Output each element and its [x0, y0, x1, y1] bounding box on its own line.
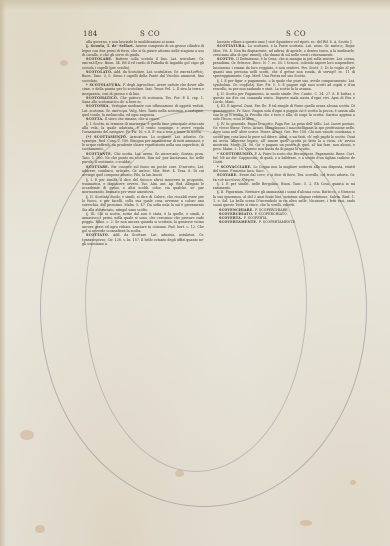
dictionary-entry: SCOTTO. Il Definizione, è la Cena, che s… [213, 57, 355, 78]
foxing-spot [20, 430, 34, 440]
foxing-spot [175, 470, 184, 477]
dictionary-entry: §. Scuola, T. de' Sellari. Arnese compos… [82, 44, 204, 57]
foxing-spot [35, 525, 45, 533]
entry-definition: §. I. E per similit. nelle Bergolino. Bu… [213, 182, 355, 190]
dictionary-entry: §. I. E per figur. e pagamento, o la qua… [213, 79, 355, 92]
left-column: alla governo, e non lasciarle le modific… [82, 40, 204, 246]
dictionary-entry: §. II. Scottato duolo, e simili, si dice… [82, 195, 204, 212]
dictionary-entry: SCOTOMATICO. Che patisce di scotomia. Te… [82, 96, 204, 105]
entry-definition: §. II. Scottato duolo, e simili, si dice… [82, 195, 204, 212]
dictionary-entry: SCOTOMIA. Vertigine mediante con offusca… [82, 104, 204, 117]
dictionary-entry: §. III. E Agevol. Dant. Par. Ile. E tal … [213, 104, 355, 121]
entry-definition: §. III. Chi si scotta, sottie dal non è … [82, 212, 204, 233]
entry-definition: F. SCOPERTAMENTE. [259, 220, 296, 224]
entry-definition: §. IV. In generale, Pagar lo scotto, Pag… [213, 122, 355, 152]
dictionary-entry: §. II. Scotto per Pagamento, in modo sim… [213, 92, 355, 105]
dictionary-entry: SCOVERTAMENTE. F. SCOPERTAMENTE. [213, 220, 355, 224]
dictionary-entry: (*) SCOTTAMENTO. Arsicatura. Lo scottare… [82, 135, 204, 152]
dictionary-entry: * SCOTTORUNEO. F. A. Faire lo scoto che … [213, 152, 355, 165]
dictionary-entry: SCOTOLARE. Battere colla scotola il lino… [82, 57, 204, 70]
dictionary-entry: SCOTTANTE. Che scotta. Lat. urens. Gr. κ… [82, 152, 204, 165]
dictionary-entry: §. I. E per similit. nelle Bergolino. Bu… [213, 182, 355, 191]
dictionary-entry: §. I. E per similit. il dice del Sucoco … [82, 178, 204, 195]
entry-definition: §. I. E per similit. il dice del Sucoco … [82, 178, 204, 195]
dictionary-entry: * SCOTOLATURA. F. degli Agricoltori. Ave… [82, 83, 204, 96]
dictionary-entry: * SCOVACCIARE. Lo Cogna non la migliore … [213, 165, 355, 174]
entry-definition: §. I. Scotta, in termine di marineria, è… [82, 122, 204, 135]
entry-definition: §. II. Scotto per Pagamento, in modo sim… [213, 92, 355, 105]
foxing-spot [350, 480, 356, 485]
scanned-page: 184 S CO S CO alla governo, e non lascia… [0, 0, 390, 546]
entry-definition: §. II. Figuratam. Nerisare gli ammassati… [213, 190, 355, 207]
entry-definition: §. I. E per figur. e pagamento, o la qua… [213, 79, 355, 92]
entry-headword: SCOVERTAMENTE. [219, 220, 259, 224]
page-number: 184 [83, 30, 98, 38]
foxing-spot [60, 60, 68, 66]
right-column: lasciato villare a questo amo [ cioè Sgu… [213, 40, 355, 225]
page-top-shadow [0, 0, 390, 10]
entry-definition: §. III. E Agevol. Dant. Par. Ile. E tal … [213, 104, 355, 121]
running-head-right: S CO [286, 30, 306, 38]
page-left-edge [0, 0, 6, 546]
dictionary-entry: SCOVARE. Evare dal covo; e si dice di fi… [213, 173, 355, 182]
foxing-spot [300, 520, 312, 526]
dictionary-entry: SCOTTARE. Far cuocere sul fuoco mi poche… [82, 165, 204, 178]
dictionary-entry: SCOTOLATO. Add. da Scotolare. Lat. scutu… [82, 70, 204, 83]
dictionary-entry: §. II. Figuratam. Nerisare gli ammassati… [213, 190, 355, 207]
dictionary-entry: SCOTTATURA. Lo scottarsi, e la Parte sco… [213, 44, 355, 57]
dictionary-entry: §. I. Scotta, in termine di marineria, è… [82, 122, 204, 135]
dictionary-entry: §. III. Chi si scotta, sottie dal non è … [82, 212, 204, 233]
running-head-left: S CO [140, 30, 160, 38]
dictionary-entry: §. IV. In generale, Pagar lo scotto, Pag… [213, 122, 355, 152]
dictionary-entry: SCOTTATO. Add. da Scottare. Lat. adustus… [82, 233, 204, 246]
